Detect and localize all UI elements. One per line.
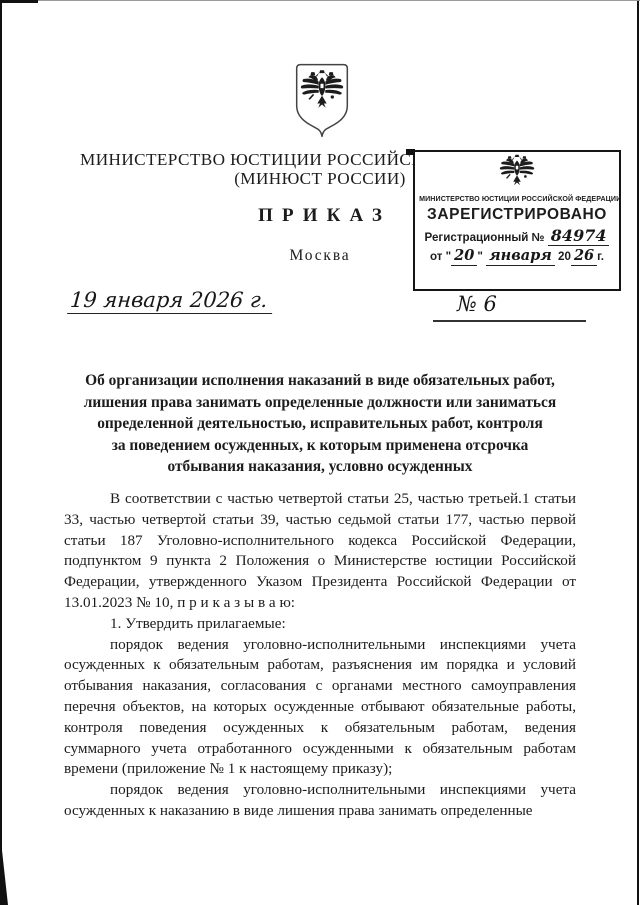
document-content: Об организации исполнения наказаний в ви… xyxy=(64,370,576,822)
handwritten-number: № 6 xyxy=(457,292,497,316)
scan-edge-left xyxy=(0,0,2,905)
body-paragraph: 1. Утвердить прилагаемые: xyxy=(64,614,576,635)
stamp-date-month: января xyxy=(486,249,555,266)
stamp-registered-label: ЗАРЕГИСТРИРОВАНО xyxy=(415,206,619,224)
stamp-date-year-printed: 20 xyxy=(558,250,571,263)
order-title-line: лишения права занимать определенные долж… xyxy=(64,392,576,414)
order-title-line: за поведением осужденных, к которым прим… xyxy=(64,435,576,457)
stamp-registration-number-row: Регистрационный № 84974 xyxy=(415,228,619,246)
order-title: Об организации исполнения наказаний в ви… xyxy=(64,370,576,478)
stamp-date-year-suffix: 26 xyxy=(571,249,597,266)
body-paragraph: В соответствии с частью четвертой статьи… xyxy=(64,489,576,614)
document-number-line: № 6 xyxy=(433,294,586,322)
body-paragraph: порядок ведения уголовно-исполнительными… xyxy=(64,635,576,781)
stamp-date-day: 20 xyxy=(451,249,477,266)
scan-edge-top xyxy=(0,0,640,1)
order-title-line: Об организации исполнения наказаний в ви… xyxy=(64,370,576,392)
russia-coat-of-arms-icon xyxy=(292,62,352,146)
stamp-reg-number-value: 84974 xyxy=(548,228,610,246)
scan-wedge-bottom-left xyxy=(0,843,8,905)
stamp-date-g: г. xyxy=(597,250,604,263)
order-title-line: определенной деятельностью, исправительн… xyxy=(64,413,576,435)
document-page: МИНИСТЕРСТВО ЮСТИЦИИ РОССИЙСКОЙ ФЕДЕРАЦИ… xyxy=(0,0,640,905)
handwritten-date: 19 января 2026 г. xyxy=(67,288,274,314)
stamp-date-row: от "20" января 2026г. xyxy=(415,249,619,266)
stamp-date-quote: " xyxy=(477,250,483,263)
stamp-date-prefix: от " xyxy=(430,250,451,263)
scan-corner-mark xyxy=(0,0,38,3)
scan-edge-right xyxy=(637,1,639,905)
stamp-ministry-label: МИНИСТЕРСТВО ЮСТИЦИИ РОССИЙСКОЙ ФЕДЕРАЦИ… xyxy=(419,194,615,203)
order-title-line: отбывания наказания, условно осужденных xyxy=(64,456,576,478)
stamp-reg-number-label: Регистрационный № xyxy=(425,231,545,244)
body-paragraph: порядок ведения уголовно-исполнительными… xyxy=(64,780,576,822)
stamp-ink-mark xyxy=(406,149,415,155)
registration-stamp: МИНИСТЕРСТВО ЮСТИЦИИ РОССИЙСКОЙ ФЕДЕРАЦИ… xyxy=(413,150,621,291)
stamp-eagle-icon xyxy=(498,154,536,189)
order-body: В соответствии с частью четвертой статьи… xyxy=(64,489,576,822)
